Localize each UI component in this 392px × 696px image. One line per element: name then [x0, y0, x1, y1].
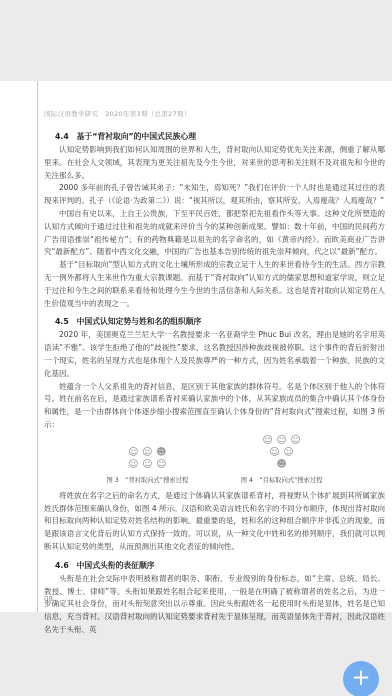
section-title-4-6: 4.6 中国式头衔的表征顺序	[44, 561, 385, 571]
paragraph: 基于“目标取向”型认知方式的文化土壤所形成的宗教立足于人生的来世看待今生的生活。…	[44, 259, 385, 310]
figures-row: ☺ ☺ ☻ ☺ ☺ ☺ 图 3 “背衬取向式”搜索过程	[44, 435, 385, 485]
figure-3: ☺ ☺ ☻ ☺ ☺ ☺ 图 3 “背衬取向式”搜索过程	[106, 447, 188, 485]
person-icon: ☺	[261, 435, 275, 447]
paragraph: 姓蕴含一个人父系祖先的背衬信息，是区别于其他家族的群体符号。名是个体区别于他人的…	[44, 381, 385, 432]
document-page[interactable]: 国际汉语教学研究 2020年第3期（总第27期） 4.4 基于“背衬取向”的中国…	[0, 81, 392, 612]
paragraph: 头衔是在社会交际中表明被称谓者的职务、职衔、专业级别的身份标志，如“主席、总统、…	[44, 573, 385, 637]
figure-4-caption: 图 4 “目标取向式”搜索过程	[241, 476, 323, 485]
figure-3-diagram: ☺ ☺ ☻ ☺ ☺ ☺	[106, 447, 188, 471]
paragraph: 将姓放在名字之后的命名方式，是通过个体确认其家族谱系背衬，将视野从个体扩展到其所…	[44, 490, 385, 554]
person-highlighted-icon: ☻	[275, 459, 289, 471]
paragraph: 2020 年，美国奥克兰兰尼大学一名教授要求一名亚裔学生 Phuc Bui 改名…	[44, 329, 385, 380]
section-title-4-4: 4.4 基于“背衬取向”的中国式民族心理	[44, 132, 385, 142]
add-button[interactable]: +	[343, 661, 379, 696]
person-icon: ☺	[154, 459, 168, 471]
paragraph: 认知定势影响到我们如何认知周围的世界和人生，背衬取向认知定势优先关注来源，侧重了…	[44, 144, 385, 182]
page-number: 08	[44, 595, 53, 603]
person-icon: ☺	[126, 447, 140, 459]
figure-3-caption: 图 3 “背衬取向式”搜索过程	[106, 476, 188, 485]
person-icon: ☺	[289, 435, 303, 447]
person-icon: ☺	[126, 459, 140, 471]
page-content: 国际汉语教学研究 2020年第3期（总第27期） 4.4 基于“背衬取向”的中国…	[44, 81, 385, 637]
figure-4: ☺ ☺ ☺ ☺ ☺ ☻ 图 4 “目标取向式”搜索过程	[241, 435, 323, 485]
section-title-4-5: 4.5 中国式认知定势与姓和名的组织顺序	[44, 317, 385, 327]
paragraph: 2000 多年前的孔子曾告诫其弟子：“未知生，焉知死？”我们在评价一个人时也是通…	[44, 182, 385, 208]
reader-canvas: 国际汉语教学研究 2020年第3期（总第27期） 4.4 基于“背衬取向”的中国…	[0, 0, 392, 696]
paragraph: 中国自有史以来，上自王公贵族，下至平民百姓，都把祭祀先祖看作头等大事。这种文化所…	[44, 208, 385, 259]
person-icon: ☺	[140, 447, 154, 459]
person-highlighted-icon: ☻	[154, 447, 168, 459]
page-edge-divider	[37, 81, 38, 612]
person-icon: ☺	[275, 435, 289, 447]
person-icon: ☺	[140, 459, 154, 471]
person-icon: ☺	[282, 447, 296, 459]
running-head: 国际汉语教学研究 2020年第3期（总第27期）	[44, 110, 385, 119]
plus-icon: +	[351, 667, 370, 690]
person-icon: ☺	[268, 447, 282, 459]
figure-4-diagram: ☺ ☺ ☺ ☺ ☺ ☻	[241, 435, 323, 471]
